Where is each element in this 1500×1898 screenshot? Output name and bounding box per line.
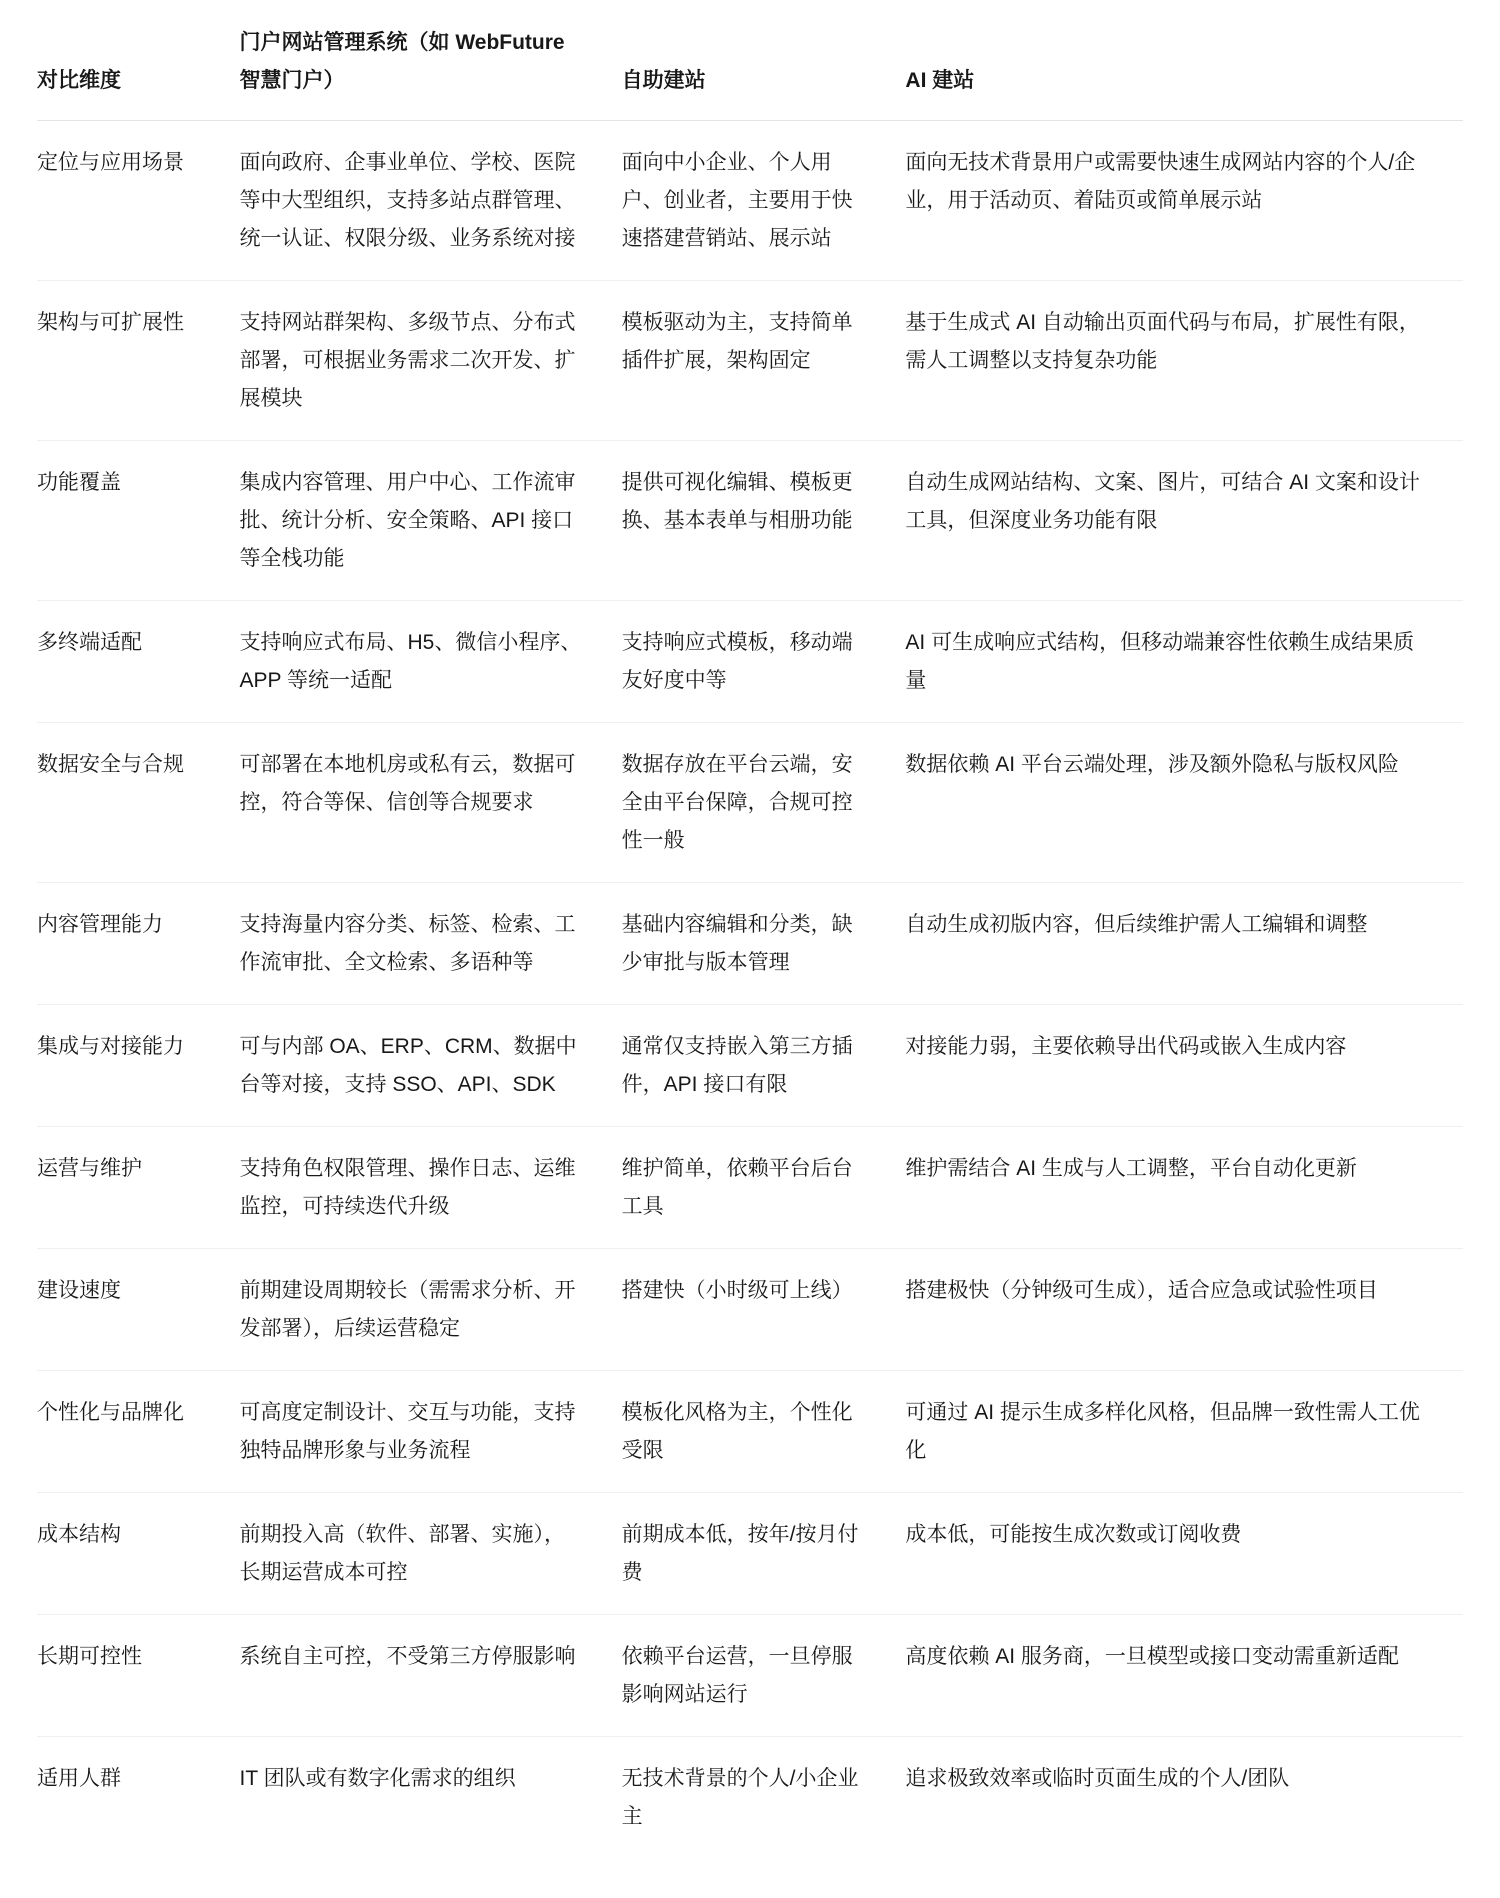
ai-builder-cell: 基于生成式 AI 自动输出页面代码与布局，扩展性有限，需人工调整以支持复杂功能 [905,281,1463,441]
ai-builder-cell: 自动生成初版内容，但后续维护需人工编辑和调整 [905,883,1463,1005]
ai-builder-cell: AI 可生成响应式结构，但移动端兼容性依赖生成结果质量 [905,601,1463,723]
ai-builder-cell: 自动生成网站结构、文案、图片，可结合 AI 文案和设计工具，但深度业务功能有限 [905,441,1463,601]
table-row: 个性化与品牌化 可高度定制设计、交互与功能，支持独特品牌形象与业务流程 模板化风… [37,1371,1463,1493]
portal-cms-cell: 支持响应式布局、H5、微信小程序、APP 等统一适配 [239,601,621,723]
ai-builder-cell: 面向无技术背景用户或需要快速生成网站内容的个人/企业，用于活动页、着陆页或简单展… [905,121,1463,281]
diy-builder-cell: 通常仅支持嵌入第三方插件，API 接口有限 [622,1005,906,1127]
ai-builder-cell: 可通过 AI 提示生成多样化风格，但品牌一致性需人工优化 [905,1371,1463,1493]
row-label-cell: 建设速度 [37,1249,239,1371]
diy-builder-cell: 基础内容编辑和分类，缺少审批与版本管理 [622,883,906,1005]
ai-builder-cell: 追求极致效率或临时页面生成的个人/团队 [905,1737,1463,1859]
row-label-cell: 长期可控性 [37,1615,239,1737]
row-label-cell: 功能覆盖 [37,441,239,601]
portal-cms-cell: 系统自主可控，不受第三方停服影响 [239,1615,621,1737]
diy-builder-cell: 模板化风格为主，个性化受限 [622,1371,906,1493]
diy-builder-cell: 提供可视化编辑、模板更换、基本表单与相册功能 [622,441,906,601]
table-row: 功能覆盖 集成内容管理、用户中心、工作流审批、统计分析、安全策略、API 接口等… [37,441,1463,601]
diy-builder-cell: 搭建快（小时级可上线） [622,1249,906,1371]
header-row: 对比维度 门户网站管理系统（如 WebFuture 智慧门户） 自助建站 AI … [37,14,1463,121]
table-row: 建设速度 前期建设周期较长（需需求分析、开发部署），后续运营稳定 搭建快（小时级… [37,1249,1463,1371]
portal-cms-cell: 面向政府、企事业单位、学校、医院等中大型组织，支持多站点群管理、统一认证、权限分… [239,121,621,281]
row-label-cell: 成本结构 [37,1493,239,1615]
portal-cms-cell: 前期投入高（软件、部署、实施），长期运营成本可控 [239,1493,621,1615]
portal-cms-cell: 支持网站群架构、多级节点、分布式部署，可根据业务需求二次开发、扩展模块 [239,281,621,441]
column-header-portal-cms: 门户网站管理系统（如 WebFuture 智慧门户） [239,14,621,121]
diy-builder-cell: 无技术背景的个人/小企业主 [622,1737,906,1859]
ai-builder-cell: 搭建极快（分钟级可生成），适合应急或试验性项目 [905,1249,1463,1371]
diy-builder-cell: 前期成本低，按年/按月付费 [622,1493,906,1615]
table-row: 内容管理能力 支持海量内容分类、标签、检索、工作流审批、全文检索、多语种等 基础… [37,883,1463,1005]
column-header-dimension: 对比维度 [37,14,239,121]
ai-builder-cell: 数据依赖 AI 平台云端处理，涉及额外隐私与版权风险 [905,723,1463,883]
row-label-cell: 架构与可扩展性 [37,281,239,441]
row-label-cell: 集成与对接能力 [37,1005,239,1127]
row-label-cell: 多终端适配 [37,601,239,723]
table-row: 定位与应用场景 面向政府、企事业单位、学校、医院等中大型组织，支持多站点群管理、… [37,121,1463,281]
table-row: 运营与维护 支持角色权限管理、操作日志、运维监控，可持续迭代升级 维护简单，依赖… [37,1127,1463,1249]
portal-cms-cell: 支持海量内容分类、标签、检索、工作流审批、全文检索、多语种等 [239,883,621,1005]
table-body: 定位与应用场景 面向政府、企事业单位、学校、医院等中大型组织，支持多站点群管理、… [37,121,1463,1859]
portal-cms-cell: IT 团队或有数字化需求的组织 [239,1737,621,1859]
page: 对比维度 门户网站管理系统（如 WebFuture 智慧门户） 自助建站 AI … [0,0,1500,1898]
table-row: 适用人群 IT 团队或有数字化需求的组织 无技术背景的个人/小企业主 追求极致效… [37,1737,1463,1859]
row-label-cell: 运营与维护 [37,1127,239,1249]
table-row: 数据安全与合规 可部署在本地机房或私有云，数据可控，符合等保、信创等合规要求 数… [37,723,1463,883]
ai-builder-cell: 对接能力弱，主要依赖导出代码或嵌入生成内容 [905,1005,1463,1127]
portal-cms-cell: 前期建设周期较长（需需求分析、开发部署），后续运营稳定 [239,1249,621,1371]
diy-builder-cell: 维护简单，依赖平台后台工具 [622,1127,906,1249]
row-label-cell: 内容管理能力 [37,883,239,1005]
portal-cms-cell: 集成内容管理、用户中心、工作流审批、统计分析、安全策略、API 接口等全栈功能 [239,441,621,601]
ai-builder-cell: 高度依赖 AI 服务商，一旦模型或接口变动需重新适配 [905,1615,1463,1737]
column-header-ai-builder: AI 建站 [905,14,1463,121]
diy-builder-cell: 模板驱动为主，支持简单插件扩展，架构固定 [622,281,906,441]
portal-cms-cell: 可与内部 OA、ERP、CRM、数据中台等对接，支持 SSO、API、SDK [239,1005,621,1127]
diy-builder-cell: 支持响应式模板，移动端友好度中等 [622,601,906,723]
ai-builder-cell: 成本低，可能按生成次数或订阅收费 [905,1493,1463,1615]
column-header-diy-builder: 自助建站 [622,14,906,121]
comparison-table: 对比维度 门户网站管理系统（如 WebFuture 智慧门户） 自助建站 AI … [37,14,1463,1858]
portal-cms-cell: 可部署在本地机房或私有云，数据可控，符合等保、信创等合规要求 [239,723,621,883]
diy-builder-cell: 数据存放在平台云端，安全由平台保障，合规可控性一般 [622,723,906,883]
row-label-cell: 适用人群 [37,1737,239,1859]
portal-cms-cell: 可高度定制设计、交互与功能，支持独特品牌形象与业务流程 [239,1371,621,1493]
table-row: 长期可控性 系统自主可控，不受第三方停服影响 依赖平台运营，一旦停服影响网站运行… [37,1615,1463,1737]
diy-builder-cell: 面向中小企业、个人用户、创业者，主要用于快速搭建营销站、展示站 [622,121,906,281]
table-header: 对比维度 门户网站管理系统（如 WebFuture 智慧门户） 自助建站 AI … [37,14,1463,121]
row-label-cell: 个性化与品牌化 [37,1371,239,1493]
table-row: 集成与对接能力 可与内部 OA、ERP、CRM、数据中台等对接，支持 SSO、A… [37,1005,1463,1127]
row-label-cell: 定位与应用场景 [37,121,239,281]
row-label-cell: 数据安全与合规 [37,723,239,883]
diy-builder-cell: 依赖平台运营，一旦停服影响网站运行 [622,1615,906,1737]
table-row: 架构与可扩展性 支持网站群架构、多级节点、分布式部署，可根据业务需求二次开发、扩… [37,281,1463,441]
table-row: 成本结构 前期投入高（软件、部署、实施），长期运营成本可控 前期成本低，按年/按… [37,1493,1463,1615]
portal-cms-cell: 支持角色权限管理、操作日志、运维监控，可持续迭代升级 [239,1127,621,1249]
ai-builder-cell: 维护需结合 AI 生成与人工调整，平台自动化更新 [905,1127,1463,1249]
table-row: 多终端适配 支持响应式布局、H5、微信小程序、APP 等统一适配 支持响应式模板… [37,601,1463,723]
